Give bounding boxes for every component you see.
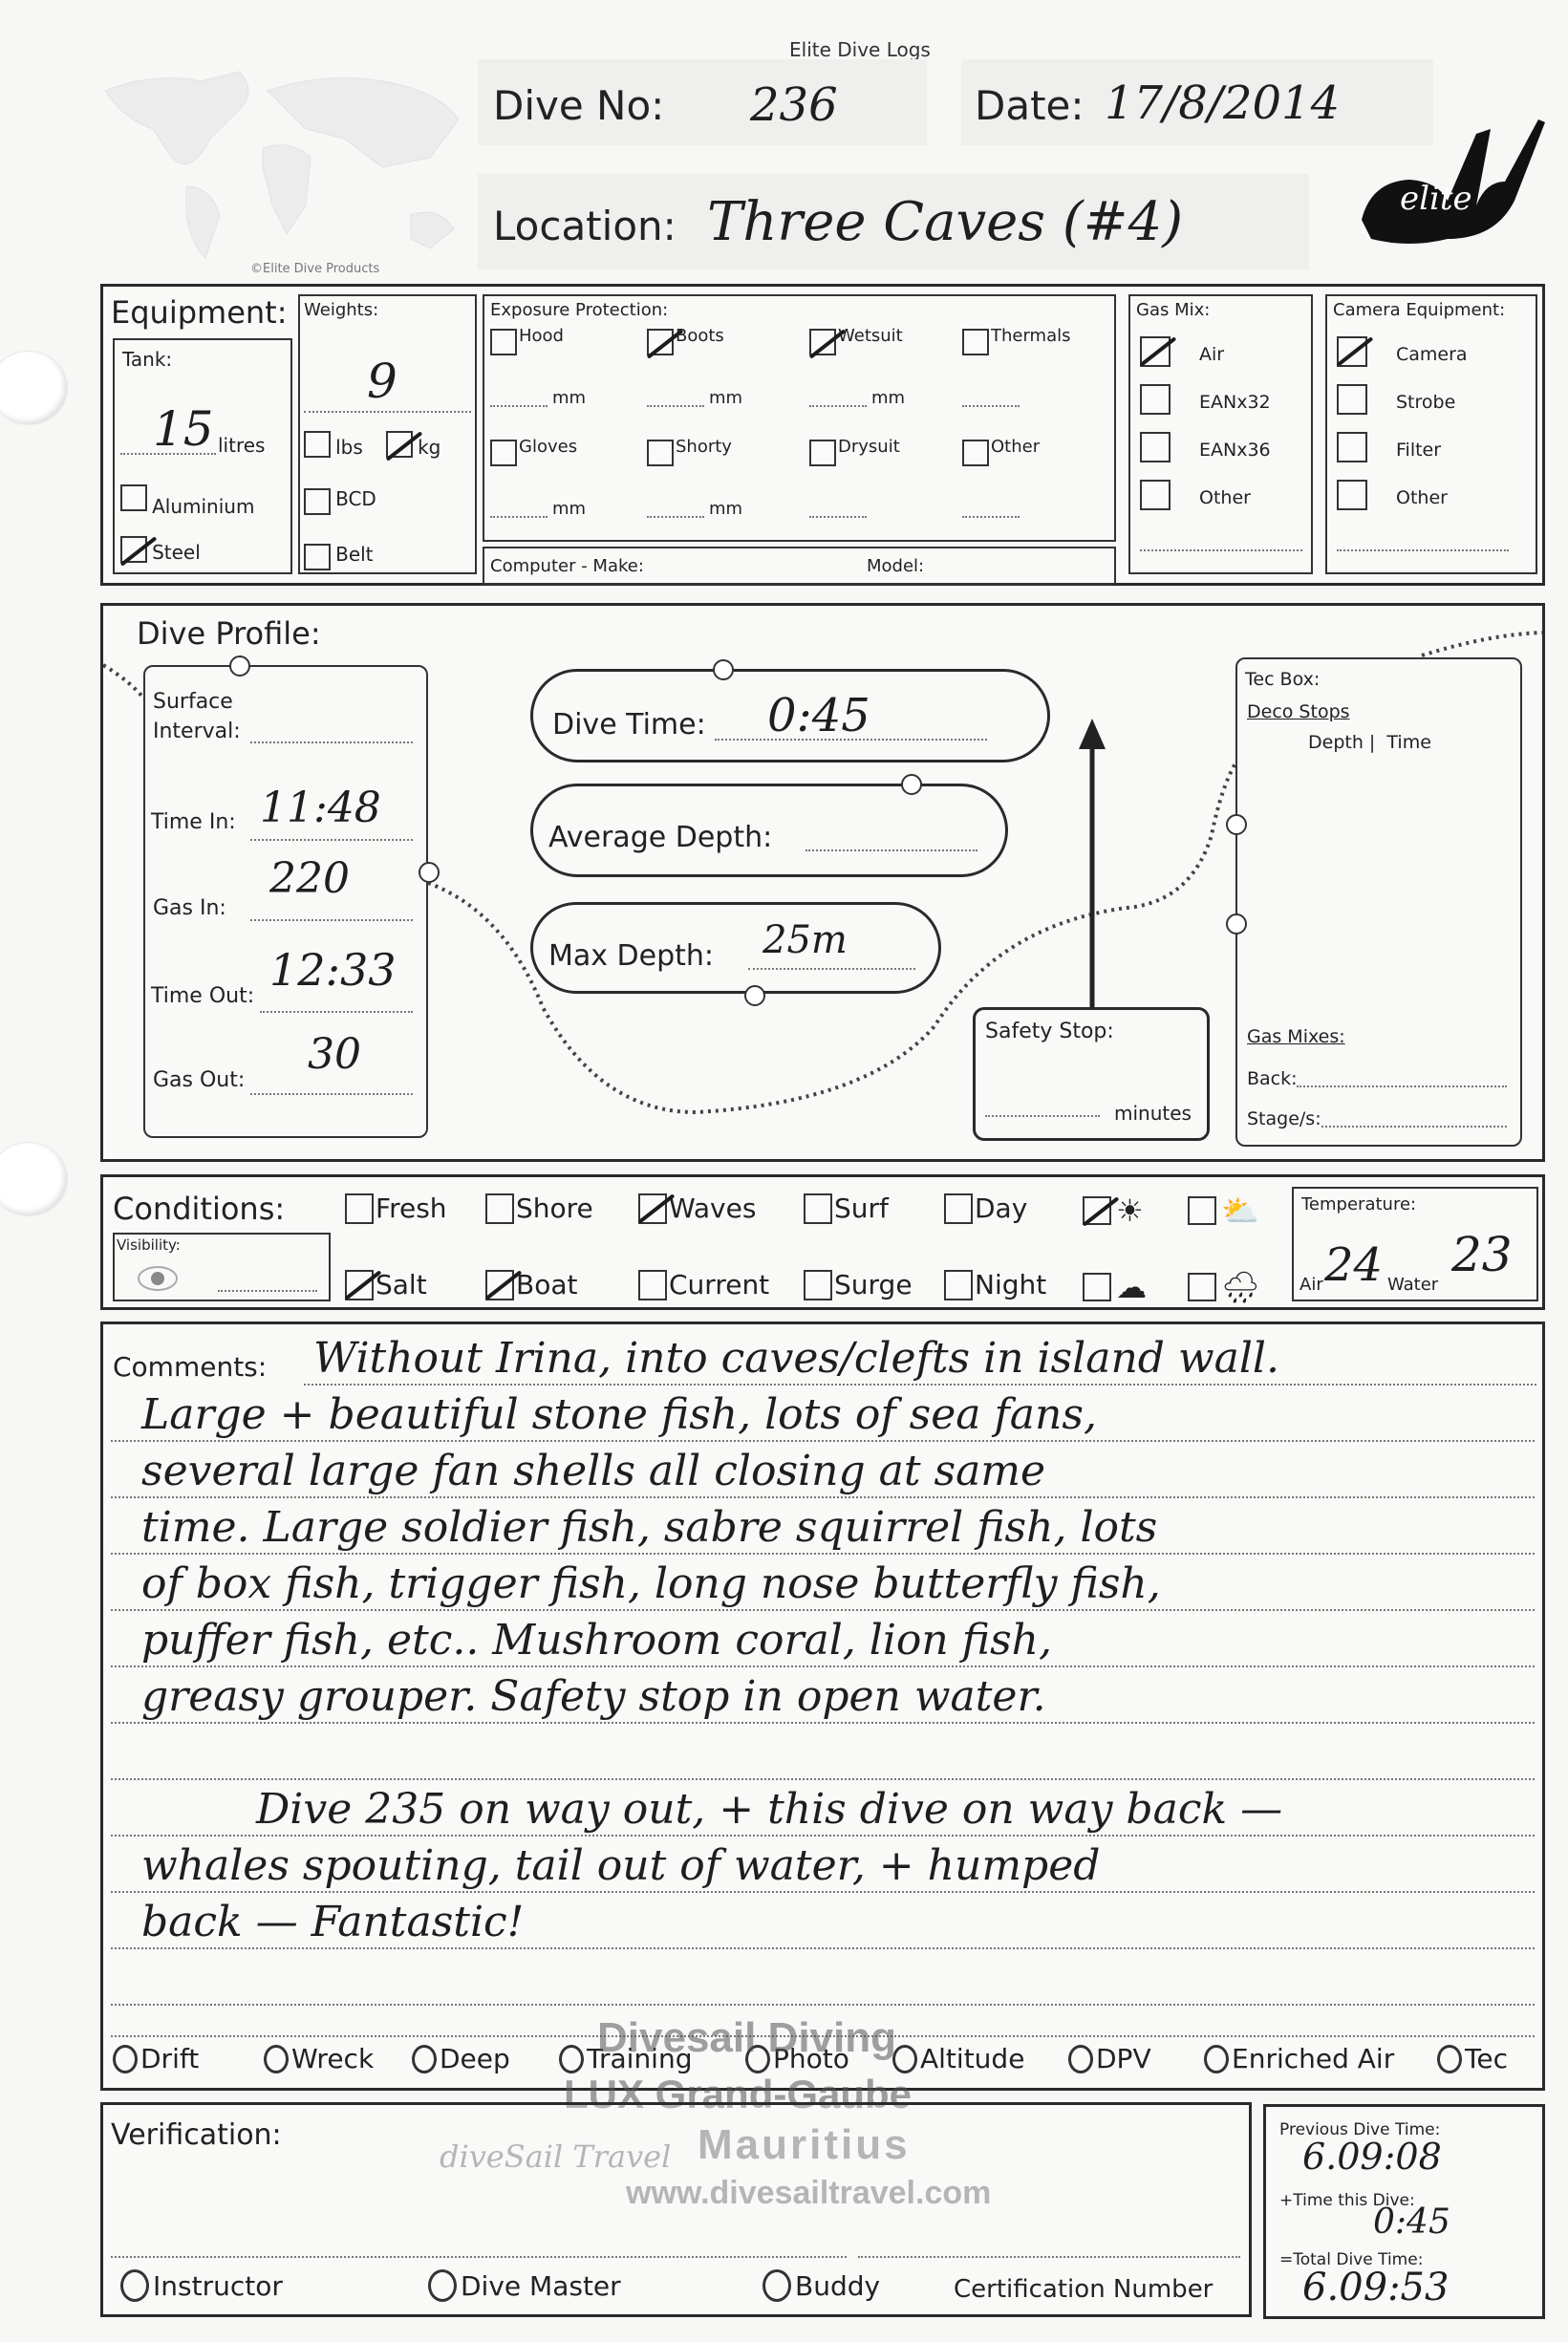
weights-panel: Weights: 9 lbs kg BCD Belt — [298, 294, 477, 574]
strobe-checkbox[interactable] — [1337, 384, 1367, 415]
world-map-graphic — [96, 53, 478, 272]
tec-box: Tec Box: Deco Stops Depth | Time Gas Mix… — [1235, 657, 1522, 1147]
dive-type-drift[interactable]: Drift — [113, 2043, 199, 2074]
enriched-air-radio[interactable] — [1204, 2045, 1229, 2073]
condition-surge[interactable]: Surge — [804, 1269, 913, 1300]
thermals-checkbox[interactable] — [962, 329, 989, 355]
punch-hole — [0, 352, 67, 424]
water-temp-value[interactable]: 23 — [1451, 1227, 1513, 1282]
brand-title: Elite Dive Logs — [789, 38, 931, 61]
date-label: Date: — [975, 82, 1085, 129]
partly-cloudy-checkbox[interactable] — [1188, 1196, 1216, 1225]
dive-type-tec[interactable]: Tec — [1437, 2043, 1508, 2074]
verification-label: Verification: — [111, 2118, 282, 2152]
dive-type-deep[interactable]: Deep — [412, 2043, 510, 2074]
computer-panel: Computer - Make: Model: — [483, 547, 1116, 585]
total-dive-time-value: 6.09:53 — [1302, 2266, 1449, 2310]
verifier-buddy[interactable]: Buddy — [763, 2269, 880, 2302]
comment-line: Large + beautiful stone fish, lots of se… — [141, 1390, 1097, 1439]
aluminium-checkbox[interactable] — [120, 484, 147, 511]
tank-volume-value[interactable]: 15 — [153, 401, 214, 457]
rain-checkbox[interactable] — [1188, 1273, 1216, 1301]
waves-checkbox[interactable] — [638, 1193, 667, 1224]
safety-stop-panel[interactable]: Safety Stop: minutes — [973, 1007, 1210, 1141]
dive-type-photo[interactable]: Photo — [745, 2043, 849, 2074]
exposure-item-shorty[interactable]: Shorty — [647, 440, 732, 466]
cloud-icon: ☁ — [1116, 1269, 1147, 1305]
condition-surf[interactable]: Surf — [804, 1192, 889, 1224]
condition-shore[interactable]: Shore — [485, 1192, 593, 1224]
comment-line: several large fan shells all closing at … — [141, 1447, 1045, 1495]
tank-label: Tank: — [122, 348, 172, 371]
cloudy-checkbox[interactable] — [1083, 1273, 1111, 1301]
stage-gas-label: Stage/s: — [1247, 1108, 1321, 1129]
camera-label: Camera Equipment: — [1333, 300, 1505, 320]
gloves-unit: mm — [552, 499, 586, 519]
current-checkbox[interactable] — [638, 1270, 667, 1300]
copyright-text: ©Elite Dive Products — [250, 262, 379, 276]
other-checkbox[interactable] — [1140, 480, 1171, 510]
condition-night[interactable]: Night — [944, 1269, 1046, 1300]
exposure-label: Exposure Protection: — [490, 300, 668, 320]
boat-checkbox[interactable] — [485, 1270, 514, 1300]
deep-radio[interactable] — [412, 2045, 437, 2073]
camera-option-strobe[interactable]: Strobe — [1337, 384, 1455, 415]
dive-times-panel: Surface Interval: Time In: 11:48 Gas In:… — [143, 665, 428, 1138]
temperature-panel: Temperature: Air 24 Water 23 — [1292, 1187, 1538, 1301]
comment-line: back — Fantastic! — [141, 1898, 524, 1946]
weights-value[interactable]: 9 — [367, 354, 397, 409]
exposure-item-thermals[interactable]: Thermals — [962, 329, 1071, 355]
instructor-radio[interactable] — [120, 2269, 149, 2302]
location-field[interactable]: Location: Three Caves (#4) — [478, 174, 1309, 269]
gas-in-value[interactable]: 220 — [269, 854, 350, 903]
hood-checkbox[interactable] — [490, 329, 517, 355]
boots-checkbox[interactable] — [647, 329, 674, 355]
dive-no-value: 236 — [750, 78, 838, 132]
shorty-checkbox[interactable] — [647, 440, 674, 466]
comments-label: Comments: — [113, 1351, 267, 1383]
weights-unit-lbs[interactable]: lbs — [304, 430, 363, 458]
condition-waves[interactable]: Waves — [638, 1192, 756, 1224]
drift-radio[interactable] — [113, 2045, 138, 2073]
dive-type-wreck[interactable]: Wreck — [264, 2043, 374, 2074]
day-checkbox[interactable] — [944, 1193, 973, 1224]
condition-boat[interactable]: Boat — [485, 1269, 577, 1300]
comment-line: puffer fish, etc.. Mushroom coral, lion … — [141, 1616, 1052, 1665]
camera-option-camera[interactable]: Camera — [1337, 336, 1468, 367]
date-value: 17/8/2014 — [1105, 76, 1340, 130]
hood-unit: mm — [552, 388, 586, 408]
rain-cloud-icon: 🌧 — [1221, 1269, 1260, 1305]
condition-fresh[interactable]: Fresh — [345, 1192, 447, 1224]
gas-option-other[interactable]: Other — [1140, 480, 1251, 510]
tank-option-steel[interactable]: Steel — [120, 535, 201, 563]
dive-master-radio[interactable] — [428, 2269, 457, 2302]
bcd-checkbox[interactable] — [304, 488, 331, 515]
camera-panel: Camera Equipment: CameraStrobeFilterOthe… — [1325, 294, 1537, 574]
tec-box-label: Tec Box: — [1245, 669, 1320, 690]
verifier-dive-master[interactable]: Dive Master — [428, 2269, 621, 2302]
dive-time-field[interactable]: Dive Time: 0:45 — [530, 669, 1050, 763]
dive-time-totals: Previous Dive Time: 6.09:08 +Time this D… — [1263, 2104, 1545, 2319]
dive-type-dpv[interactable]: DPV — [1068, 2043, 1151, 2074]
gas-in-label: Gas In: — [153, 896, 226, 920]
deco-stops-label: Deco Stops — [1247, 701, 1350, 722]
previous-dive-time-value: 6.09:08 — [1302, 2136, 1442, 2178]
tank-panel: Tank: 15 litres Aluminium Steel — [113, 338, 292, 574]
eye-icon — [134, 1261, 182, 1296]
gas-option-air[interactable]: Air — [1140, 336, 1224, 367]
back-gas-label: Back: — [1247, 1068, 1298, 1089]
condition-salt[interactable]: Salt — [345, 1269, 427, 1300]
night-checkbox[interactable] — [944, 1270, 973, 1300]
sunny-checkbox[interactable] — [1083, 1196, 1111, 1225]
camera-checkbox[interactable] — [1337, 336, 1367, 367]
weather-rain[interactable]: 🌧 — [1188, 1269, 1260, 1305]
air-temp-value[interactable]: 24 — [1324, 1238, 1383, 1292]
water-temp-label: Water — [1387, 1275, 1438, 1295]
exposure-panel: Exposure Protection: HoodmmBootsmmWetsui… — [483, 294, 1116, 542]
eanx32-checkbox[interactable] — [1140, 384, 1171, 415]
equipment-title: Equipment: — [111, 294, 287, 331]
location-label: Location: — [493, 203, 677, 249]
exposure-item-gloves[interactable]: Gloves — [490, 440, 577, 466]
steel-checkbox[interactable] — [120, 536, 147, 563]
altitude-radio[interactable] — [892, 2045, 917, 2073]
gas-mixes-label: Gas Mixes: — [1247, 1026, 1345, 1047]
conditions-section: Conditions: Visibility: FreshShoreWavesS… — [100, 1174, 1545, 1310]
belt-checkbox[interactable] — [304, 544, 331, 570]
gas-option-eanx32[interactable]: EANx32 — [1140, 384, 1271, 415]
time-in-label: Time In: — [151, 810, 236, 834]
time-out-label: Time Out: — [151, 984, 254, 1008]
exposure-item-boots[interactable]: Boots — [647, 329, 724, 355]
drysuit-checkbox[interactable] — [809, 440, 836, 466]
air-checkbox[interactable] — [1140, 336, 1171, 367]
gas-mix-panel: Gas Mix: AirEANx32EANx36Other — [1128, 294, 1313, 574]
equipment-section: Equipment: Tank: 15 litres Aluminium Ste… — [100, 284, 1545, 586]
comment-line: whales spouting, tail out of water, + hu… — [141, 1841, 1100, 1890]
lbs-checkbox[interactable] — [304, 431, 331, 458]
safety-stop-label: Safety Stop: — [985, 1020, 1114, 1043]
max-depth-field[interactable]: Max Depth: 25m — [530, 902, 941, 994]
safety-stop-unit: minutes — [1114, 1102, 1192, 1125]
weights-unit-kg[interactable]: kg — [386, 430, 440, 458]
dive-no-field[interactable]: Dive No: 236 — [478, 59, 927, 145]
dive-profile-section: Dive Profile: Surface Interval: Time In:… — [100, 603, 1545, 1162]
average-depth-field[interactable]: Average Depth: — [530, 784, 1008, 877]
exposure-item-hood[interactable]: Hood — [490, 329, 564, 355]
time-in-value[interactable]: 11:48 — [260, 784, 381, 832]
wetsuit-checkbox[interactable] — [809, 329, 836, 355]
dive-type-altitude[interactable]: Altitude — [892, 2043, 1024, 2074]
temperature-label: Temperature: — [1301, 1194, 1416, 1214]
exposure-item-other[interactable]: Other — [962, 440, 1040, 466]
tank-option-aluminium[interactable]: Aluminium — [120, 483, 254, 511]
gas-mix-label: Gas Mix: — [1136, 300, 1210, 320]
other-checkbox[interactable] — [1337, 480, 1367, 510]
computer-model-label: Model: — [867, 556, 924, 576]
dpv-radio[interactable] — [1068, 2045, 1093, 2073]
weights-label: Weights: — [304, 300, 378, 320]
verifier-instructor[interactable]: Instructor — [120, 2269, 283, 2302]
air-temp-label: Air — [1300, 1275, 1323, 1295]
comment-line: Without Irina, into caves/clefts in isla… — [313, 1334, 1279, 1383]
surf-checkbox[interactable] — [804, 1193, 832, 1224]
time-out-value[interactable]: 12:33 — [269, 944, 397, 996]
camera-option-filter[interactable]: Filter — [1337, 432, 1441, 462]
weather-partly-cloudy[interactable]: ⛅ — [1188, 1192, 1259, 1229]
surge-checkbox[interactable] — [804, 1270, 832, 1300]
training-radio[interactable] — [559, 2045, 584, 2073]
filter-checkbox[interactable] — [1337, 432, 1367, 462]
comment-line: of box fish, trigger fish, long nose but… — [141, 1559, 1161, 1608]
weather-cloudy[interactable]: ☁ — [1083, 1269, 1147, 1305]
kg-checkbox[interactable] — [386, 431, 413, 458]
exposure-item-drysuit[interactable]: Drysuit — [809, 440, 900, 466]
wetsuit-unit: mm — [871, 388, 905, 408]
tank-unit: litres — [218, 434, 265, 457]
gloves-checkbox[interactable] — [490, 440, 517, 466]
comment-line: greasy grouper. Safety stop in open wate… — [141, 1672, 1046, 1721]
comment-line: time. Large soldier fish, sabre squirrel… — [141, 1503, 1157, 1552]
sun-icon: ☀ — [1116, 1192, 1144, 1229]
punch-hole — [0, 1143, 67, 1215]
gas-option-eanx36[interactable]: EANx36 — [1140, 432, 1271, 462]
tec-radio[interactable] — [1437, 2045, 1462, 2073]
dive-time-value: 0:45 — [767, 689, 870, 742]
wreck-radio[interactable] — [264, 2045, 289, 2073]
logo-text: elite — [1400, 180, 1472, 218]
this-dive-time-value: 0:45 — [1373, 2202, 1450, 2242]
dive-profile-title: Dive Profile: — [137, 615, 321, 652]
location-value: Three Caves (#4) — [707, 191, 1183, 253]
other-checkbox[interactable] — [962, 440, 989, 466]
computer-make-label: Computer - Make: — [490, 556, 644, 576]
exposure-item-wetsuit[interactable]: Wetsuit — [809, 329, 903, 355]
elite-logo: elite — [1333, 96, 1553, 268]
gas-out-label: Gas Out: — [153, 1068, 245, 1092]
camera-option-other[interactable]: Other — [1337, 480, 1448, 510]
weights-option-belt[interactable]: Belt — [304, 543, 374, 570]
fresh-checkbox[interactable] — [345, 1193, 374, 1224]
shorty-unit: mm — [709, 499, 742, 519]
condition-current[interactable]: Current — [638, 1269, 769, 1300]
certification-number-label: Certification Number — [954, 2275, 1213, 2304]
ascent-arrow-icon — [1079, 719, 1106, 749]
condition-day[interactable]: Day — [944, 1192, 1027, 1224]
buddy-radio[interactable] — [763, 2269, 791, 2302]
weather-sunny[interactable]: ☀ — [1083, 1192, 1144, 1229]
conditions-title: Conditions: — [113, 1191, 285, 1227]
verification-section: Verification: InstructorDive MasterBuddy… — [100, 2102, 1252, 2317]
weights-option-bcd[interactable]: BCD — [304, 487, 376, 515]
photo-radio[interactable] — [745, 2045, 770, 2073]
comments-section: Comments: Without Irina, into caves/clef… — [100, 1321, 1545, 2091]
max-depth-value: 25m — [763, 918, 848, 962]
boots-unit: mm — [709, 388, 742, 408]
comment-line: Dive 235 on way out, + this dive on way … — [256, 1785, 1282, 1834]
gas-out-value[interactable]: 30 — [308, 1030, 361, 1079]
visibility-field[interactable]: Visibility: — [113, 1233, 331, 1301]
salt-checkbox[interactable] — [345, 1270, 374, 1300]
eanx36-checkbox[interactable] — [1140, 432, 1171, 462]
depth-time-header: Depth | Time — [1308, 732, 1431, 753]
dive-type-training[interactable]: Training — [559, 2043, 692, 2074]
dive-no-label: Dive No: — [493, 82, 664, 129]
surface-interval-label: Surface Interval: — [153, 688, 268, 747]
dive-type-enriched-air[interactable]: Enriched Air — [1204, 2043, 1394, 2074]
shore-checkbox[interactable] — [485, 1193, 514, 1224]
partly-cloudy-icon: ⛅ — [1221, 1192, 1259, 1229]
